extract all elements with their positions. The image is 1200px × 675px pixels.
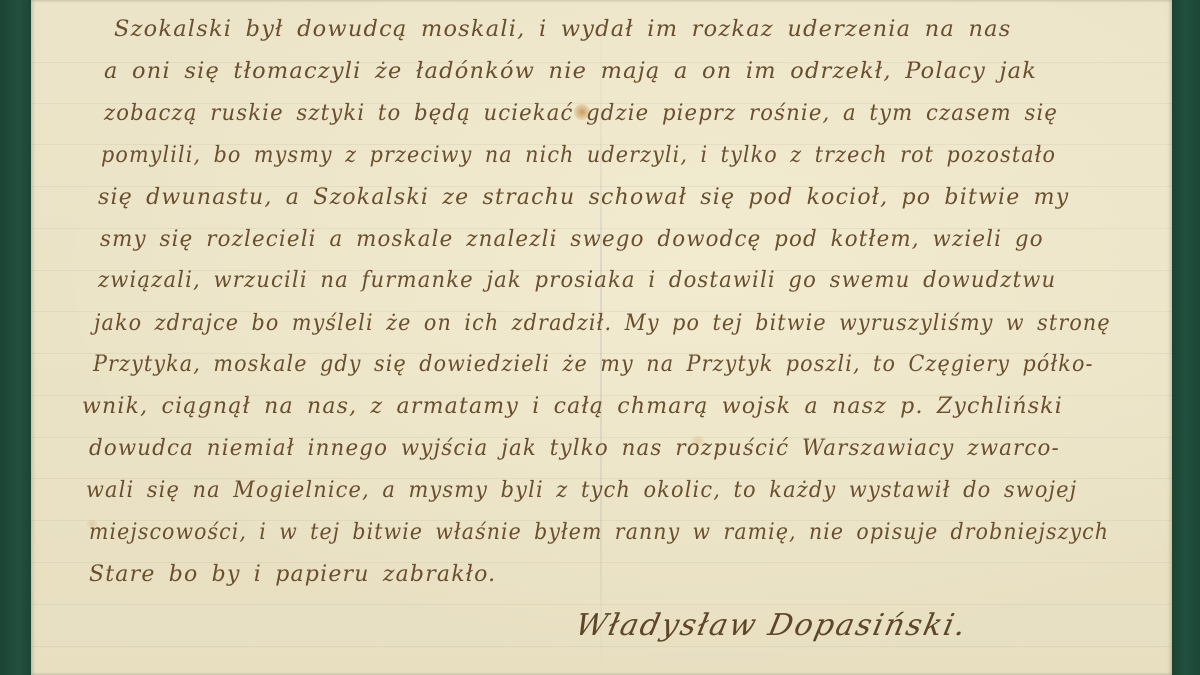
text-line-10: wnik, ciągnął na nas, z armatamy i całą … [82, 394, 1063, 419]
text-line-14: Stare bo by i papieru zabrakło. [89, 562, 496, 587]
document-viewer: Szokalski był dowudcą moskali, i wydał i… [0, 0, 1200, 675]
text-line-2: a oni się tłomaczyli że ładónków nie maj… [104, 59, 1037, 84]
text-line-9: Przytyka, moskale gdy się dowiedzieli że… [93, 352, 1094, 377]
text-line-3: zobaczą ruskie sztyki to będą uciekać gd… [104, 101, 1058, 126]
signature: Władysław Dopasiński. [572, 608, 970, 643]
text-line-4: pomylili, bo mysmy z przeciwy na nich ud… [101, 143, 1056, 168]
text-line-13: miejscowości, i w tej bitwie właśnie był… [89, 520, 1109, 545]
frame-left-border [0, 0, 31, 675]
letter-page: Szokalski był dowudcą moskali, i wydał i… [31, 0, 1172, 675]
text-line-7: związali, wrzucili na furmanke jak prosi… [98, 268, 1056, 293]
text-line-5: się dwunastu, a Szokalski ze strachu sch… [98, 185, 1069, 210]
text-line-6: smy się rozlecieli a moskale znalezli sw… [100, 227, 1044, 252]
text-line-12: wali się na Mogielnice, a mysmy byli z t… [86, 478, 1077, 503]
frame-right-border [1172, 0, 1200, 675]
text-line-8: jako zdrajce bo myśleli że on ich zdradz… [94, 311, 1111, 336]
text-line-1: Szokalski był dowudcą moskali, i wydał i… [114, 17, 1011, 42]
text-line-11: dowudca niemiał innego wyjścia jak tylko… [89, 436, 1060, 461]
